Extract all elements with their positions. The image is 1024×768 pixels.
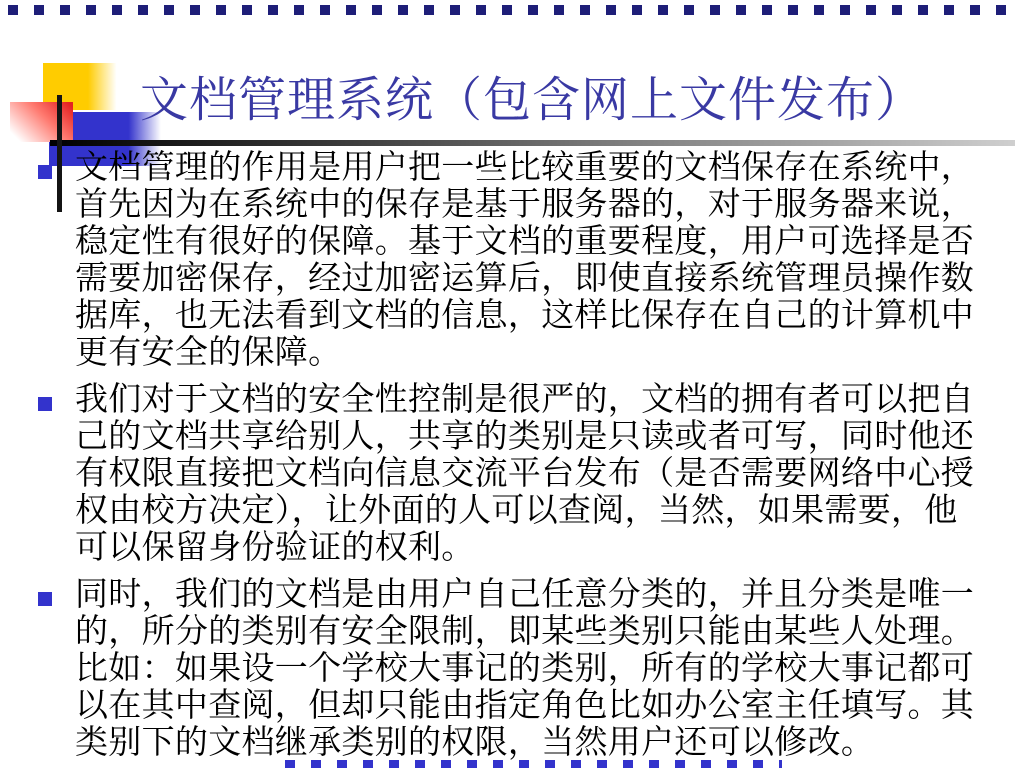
bullet-text: 同时，我们的文档是由用户自己任意分类的，并且分类是唯一 的，所分的类别有安全限制… — [75, 577, 1013, 762]
red-square-decoration — [10, 102, 73, 142]
bullet-text: 我们对于文档的安全性控制是很严的，文档的拥有者可以把自 己的文档共享给别人，共享… — [75, 382, 1013, 567]
bullet-marker — [38, 165, 52, 179]
slide: 文档管理系统（包含网上文件发布） 文档管理的作用是用户把一些比较重要的文档保存在… — [0, 0, 1024, 768]
bullet-marker — [38, 592, 52, 606]
horizontal-divider-line — [50, 140, 1015, 146]
bullet-item: 同时，我们的文档是由用户自己任意分类的，并且分类是唯一 的，所分的类别有安全限制… — [38, 577, 1016, 762]
bullet-marker — [38, 397, 52, 411]
bullet-text: 文档管理的作用是用户把一些比较重要的文档保存在系统中， 首先因为在系统中的保存是… — [75, 150, 1013, 372]
bullet-item: 文档管理的作用是用户把一些比较重要的文档保存在系统中， 首先因为在系统中的保存是… — [38, 150, 1016, 372]
bullet-list: 文档管理的作用是用户把一些比较重要的文档保存在系统中， 首先因为在系统中的保存是… — [38, 150, 1016, 768]
bottom-border-squares — [285, 760, 782, 768]
bullet-item: 我们对于文档的安全性控制是很严的，文档的拥有者可以把自 己的文档共享给别人，共享… — [38, 382, 1016, 567]
slide-title: 文档管理系统（包含网上文件发布） — [140, 73, 924, 129]
top-border-squares — [8, 5, 1016, 15]
